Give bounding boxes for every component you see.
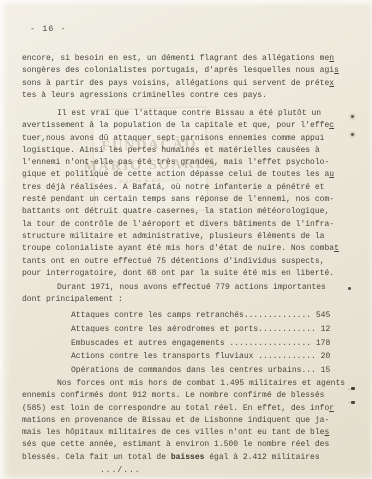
- text-line: structure militaire et administrative, p…: [22, 231, 352, 243]
- text-line: Durant 1971, nous avons effectué 779 act…: [22, 282, 352, 294]
- text-line: (585) est loin de correspondre au total …: [22, 403, 352, 415]
- action-stat-line: Attaques contre les aérodromes et ports.…: [71, 323, 352, 337]
- text-line: Nos forces ont mis hors de combat 1.495 …: [22, 378, 352, 390]
- text-line: tes à leurs agressions criminelles contr…: [22, 90, 352, 102]
- paragraph-actions-1971: Durant 1971, nous avons effectué 779 act…: [22, 282, 352, 307]
- action-stat-line: Embuscades et autres engagements .......…: [71, 337, 352, 351]
- ink-speck: [348, 287, 351, 290]
- continuation-mark: .../...: [100, 465, 352, 477]
- text-line: mais les hôpitaux militaires de ces vill…: [22, 427, 352, 439]
- text-line: encore, si besoin en est, un démenti fla…: [22, 53, 352, 65]
- text-line: la tour de contrôle de l'aéroport et div…: [22, 219, 352, 231]
- action-stat-line: Opérations de commandos dans les centres…: [71, 364, 352, 378]
- text-line: blessés. Cela fait un total de baisses é…: [22, 452, 352, 464]
- text-line: dont principalement :: [22, 294, 352, 306]
- text-line: battants ont détruit quatre casernes, la…: [22, 206, 352, 218]
- text-line: gique et politique de cette action dépas…: [22, 169, 352, 181]
- actions-statistics-list: Attaques contre les camps retranchés....…: [71, 309, 352, 378]
- action-stat-line: Actions contre les transports fluviaux .…: [71, 350, 352, 364]
- scanned-paper-page: FUNDAÇÃO MÁRIO SOARES Arquivo & Bibliote…: [0, 0, 372, 479]
- ink-speck: [351, 115, 354, 118]
- text-line: Il est vrai que l'attaque contre Bissau …: [22, 108, 352, 120]
- page-number: - 16 -: [30, 24, 67, 34]
- text-line: sés que cette année, estimant à environ …: [22, 439, 352, 451]
- text-line: sons à partir des pays voisins, allégati…: [22, 78, 352, 90]
- text-line: pour interrogatoire, dont 68 ont par la …: [22, 268, 352, 280]
- ink-speck: [351, 133, 354, 136]
- text-line: logistique. Ainsi les pertes humaines et…: [22, 145, 352, 157]
- text-line: resté pendant un certain temps sans répo…: [22, 194, 352, 206]
- text-line: tuer,nous avons dû attaquer sept garniso…: [22, 133, 352, 145]
- text-line: l'ennemi n'ont-elle pas été très grandes…: [22, 157, 352, 169]
- text-line: avertissement à la population de la capi…: [22, 120, 352, 132]
- action-stat-line: Attaques contre les camps retranchés....…: [71, 309, 352, 323]
- text-line: mations en provenance de Bissau et de Li…: [22, 415, 352, 427]
- paragraph-allegations: encore, si besoin en est, un démenti fla…: [22, 53, 352, 102]
- text-line: tants ont en outre effectué 75 détention…: [22, 256, 352, 268]
- text-line: songères des colonialistes portugais, d'…: [22, 65, 352, 77]
- text-line: tres déjà réalisées. A Bafatá, où notre …: [22, 182, 352, 194]
- ink-speck: [351, 387, 355, 390]
- ink-speck: [351, 401, 355, 404]
- text-line: troupe colonialiste ayant été mis hors d…: [22, 243, 352, 255]
- text-line: ennemis confirmés dont 912 morts. Le nom…: [22, 390, 352, 402]
- document-body: encore, si besoin en est, un démenti fla…: [22, 53, 352, 477]
- paragraph-bissau-attack: Il est vrai que l'attaque contre Bissau …: [22, 108, 352, 280]
- paragraph-casualties: Nos forces ont mis hors de combat 1.495 …: [22, 378, 352, 464]
